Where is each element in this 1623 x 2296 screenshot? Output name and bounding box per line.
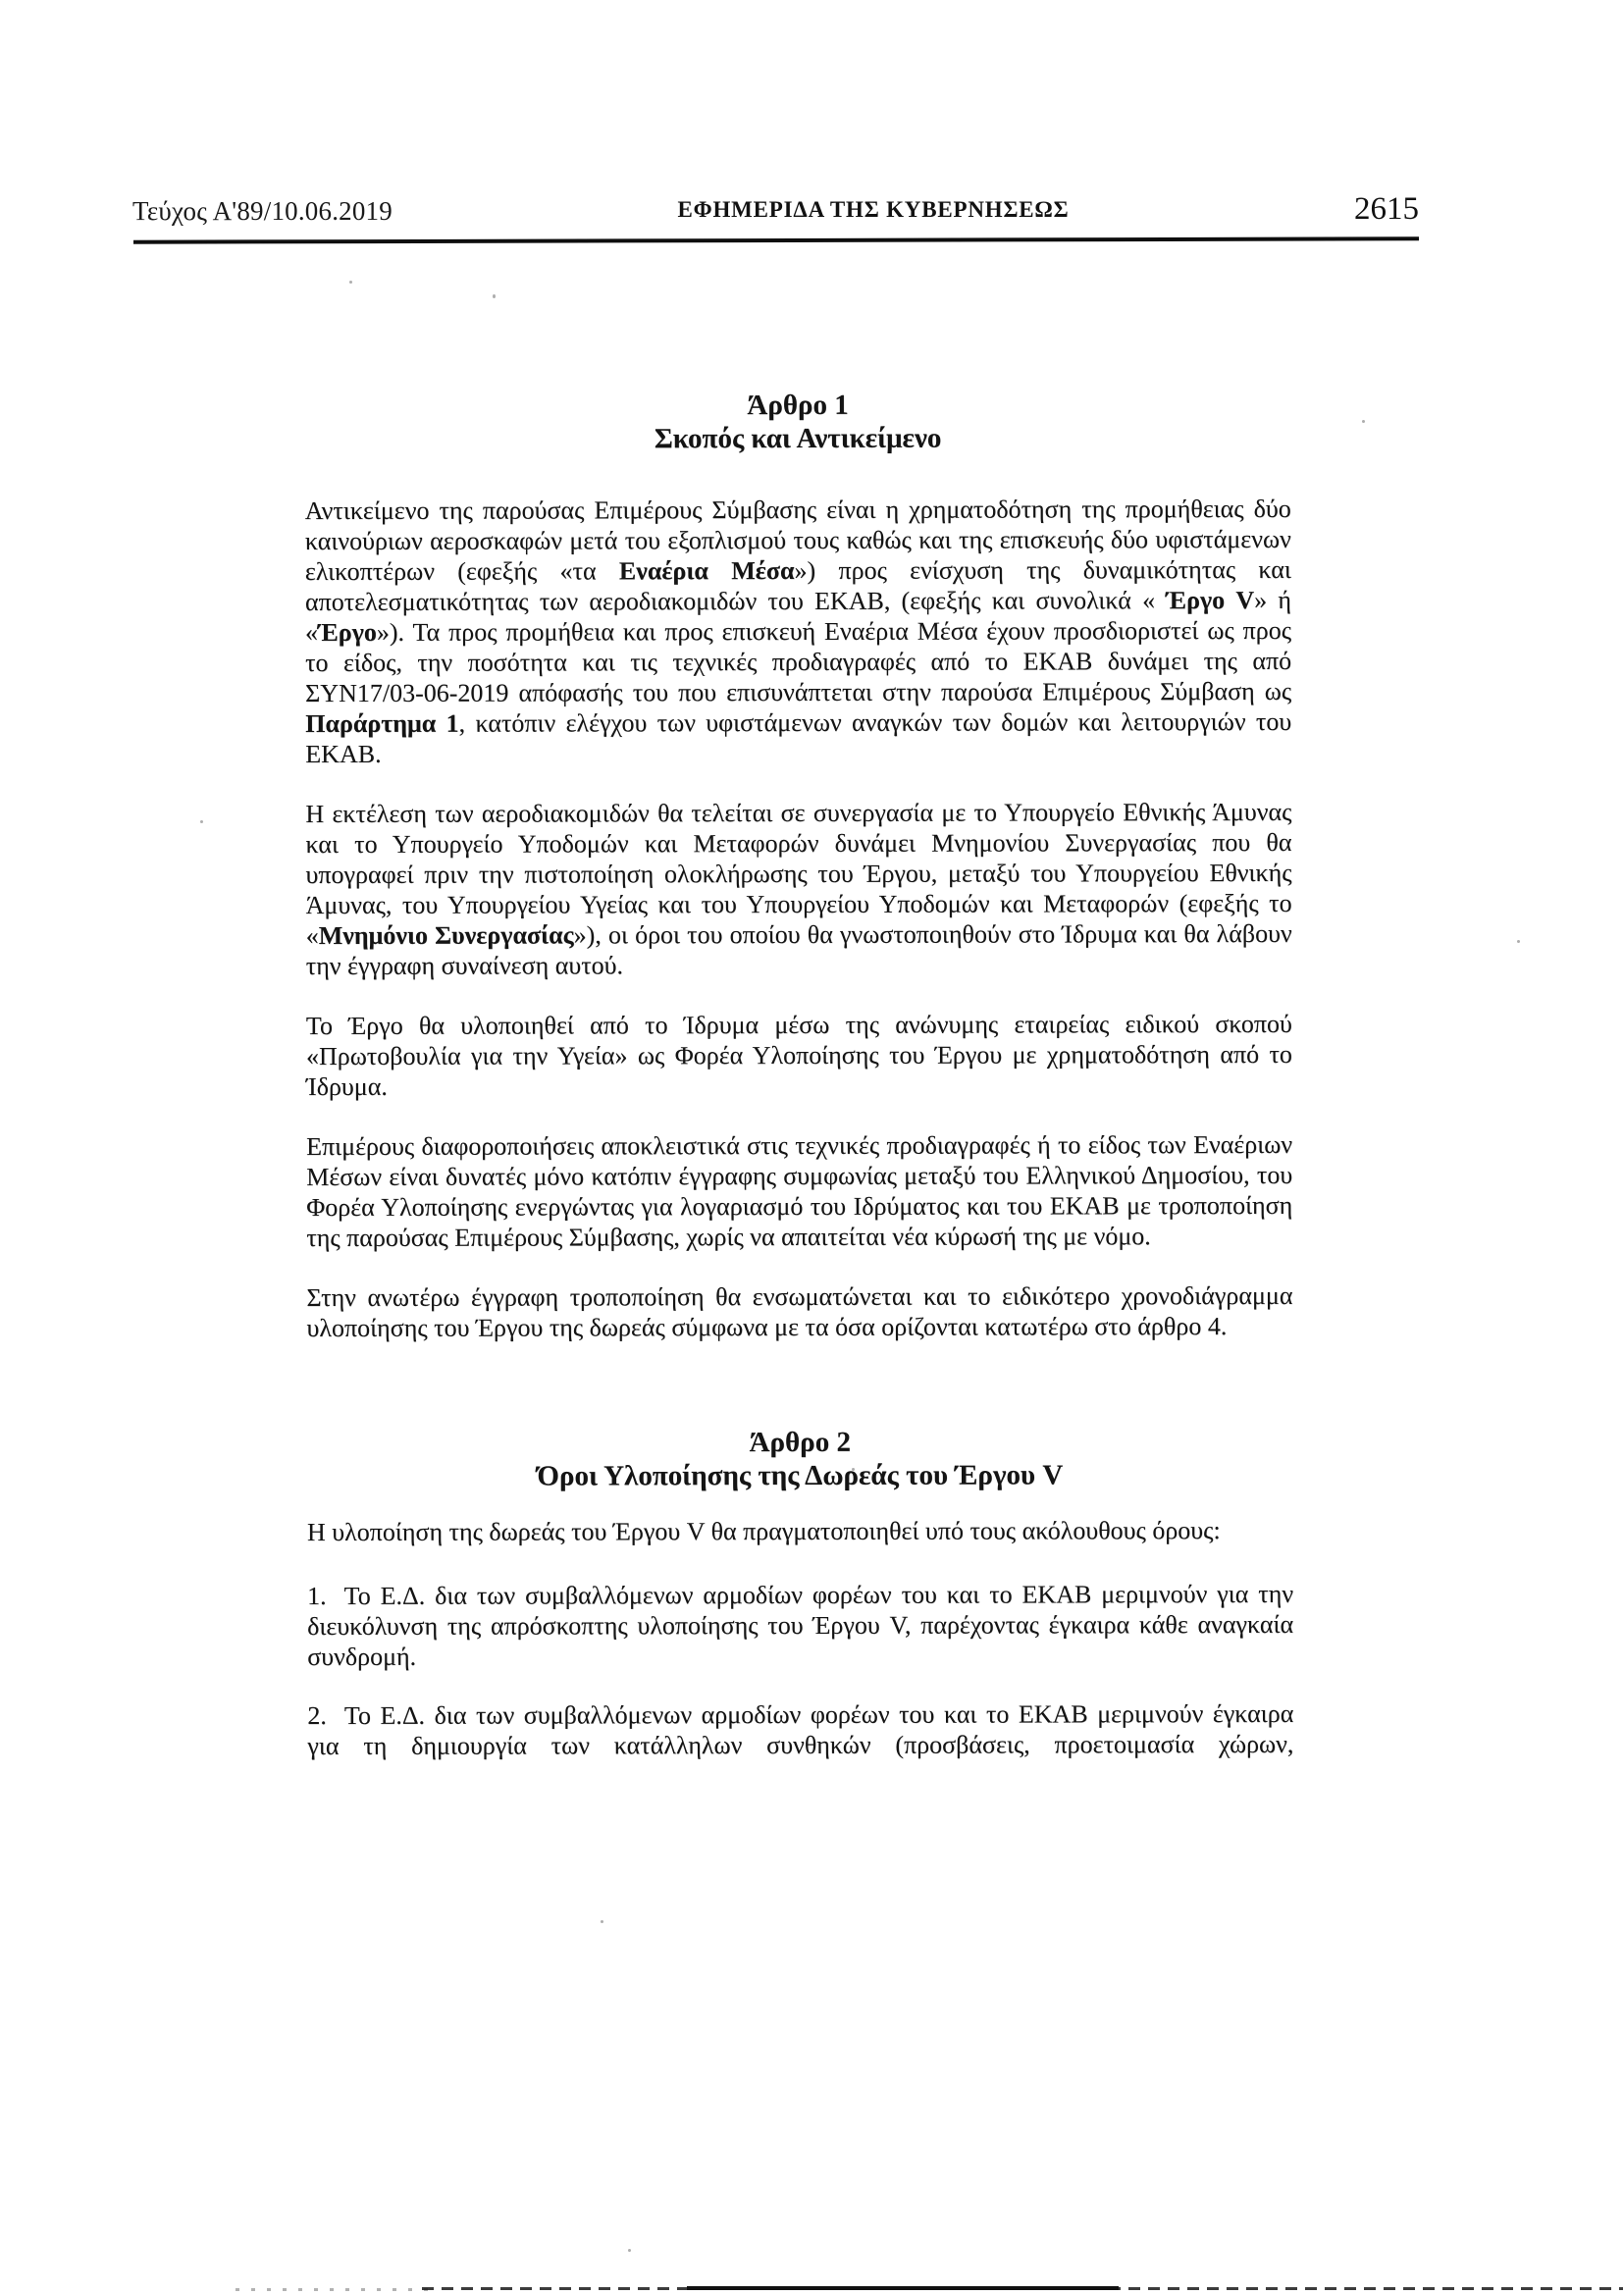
article-2-item-2: 2.Το Ε.Δ. δια των συμβαλλόμενων αρμοδίων…: [307, 1698, 1293, 1761]
scan-noise: [1362, 420, 1365, 423]
text-segment: »). Τα προς προμήθεια και προς επισκευή …: [305, 616, 1291, 707]
article-1-paragraph-2: Η εκτέλεση των αεροδιακομιδών θα τελείτα…: [305, 797, 1291, 981]
scan-noise: [200, 820, 203, 823]
scan-noise: [628, 2249, 631, 2252]
scan-noise: [1517, 940, 1520, 943]
text-segment-bold: Έργο V: [1166, 586, 1254, 614]
scan-noise: [349, 281, 352, 284]
article-1-paragraph-4: Επιμέρους διαφοροποιήσεις αποκλειστικά σ…: [306, 1129, 1292, 1253]
gazette-title: ΕΦΗΜΕΡΙΔΑ ΤΗΣ ΚΥΒΕΡΝΗΣΕΩΣ: [677, 196, 1069, 224]
scan-noise: [493, 294, 496, 298]
text-segment-bold: Εναέρια Μέσα: [619, 556, 795, 585]
article-2-subtitle: Όροι Υλοποίησης της Δωρεάς του Έργου V: [307, 1458, 1293, 1493]
page-bottom-edge-line-solid: [687, 2286, 1119, 2290]
item-text: Το Ε.Δ. δια των συμβαλλόμενων αρμοδίων φ…: [307, 1699, 1293, 1760]
article-1-paragraph-5: Στην ανωτέρω έγγραφη τροποποίηση θα ενσω…: [306, 1280, 1292, 1343]
scan-noise: [601, 1920, 603, 1923]
scan-noise: [852, 1468, 855, 1471]
page-bottom-edge-dots: [236, 2288, 432, 2291]
text-segment-bold: Μνημόνιο Συνεργασίας: [319, 920, 574, 950]
document-body: Άρθρο 1 Σκοπός και Αντικείμενο Αντικείμε…: [305, 388, 1294, 1790]
page-header: Τεύχος Α'89/10.06.2019 ΕΦΗΜΕΡΙΔΑ ΤΗΣ ΚΥΒ…: [132, 192, 1419, 226]
article-2-intro: Η υλοποίηση της δωρεάς του Έργου V θα πρ…: [307, 1515, 1293, 1547]
article-1-title: Άρθρο 1: [305, 388, 1291, 423]
article-1-paragraph-3: Το Έργο θα υλοποιηθεί από το Ίδρυμα μέσω…: [306, 1009, 1292, 1102]
item-number: 1.: [307, 1581, 327, 1611]
text-segment-bold: Παράρτημα 1: [305, 709, 458, 738]
article-2-title: Άρθρο 2: [307, 1425, 1293, 1460]
article-1-subtitle: Σκοπός και Αντικείμενο: [305, 421, 1291, 456]
item-number: 2.: [307, 1700, 327, 1731]
article-1-paragraph-1: Αντικείμενο της παρούσας Επιμέρους Σύμβα…: [305, 494, 1292, 769]
article-1-heading: Άρθρο 1 Σκοπός και Αντικείμενο: [305, 388, 1291, 456]
gazette-page: Τεύχος Α'89/10.06.2019 ΕΦΗΜΕΡΙΔΑ ΤΗΣ ΚΥΒ…: [0, 0, 1623, 2296]
article-2-heading: Άρθρο 2 Όροι Υλοποίησης της Δωρεάς του Έ…: [307, 1425, 1293, 1493]
item-text: Το Ε.Δ. δια των συμβαλλόμενων αρμοδίων φ…: [307, 1580, 1293, 1671]
article-2-item-1: 1.Το Ε.Δ. δια των συμβαλλόμενων αρμοδίων…: [307, 1579, 1293, 1672]
header-rule: [133, 236, 1419, 243]
text-segment-bold: Έργο: [318, 618, 377, 647]
issue-label: Τεύχος Α'89/10.06.2019: [132, 196, 393, 226]
page-number: 2615: [1354, 192, 1419, 226]
